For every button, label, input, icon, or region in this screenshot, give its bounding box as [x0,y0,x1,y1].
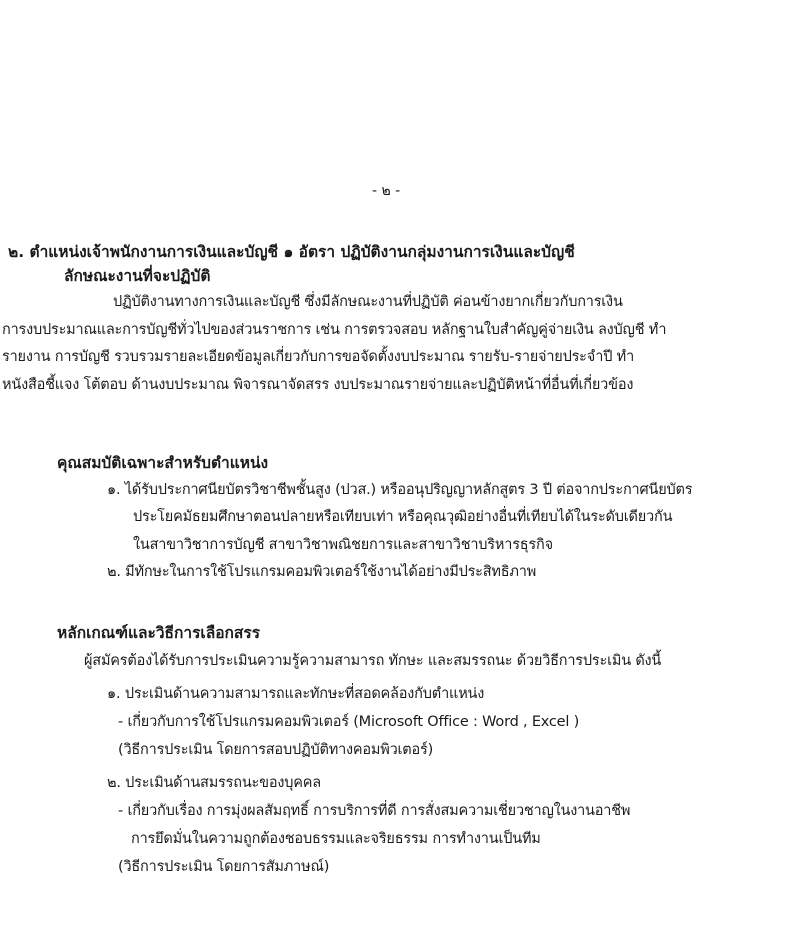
selection-item-method: (วิธีการประเมิน โดยการสอบปฏิบัติทางคอมพิ… [118,740,433,760]
duties-line: การงบประมาณและการบัญชีทั่วไปของส่วนราชกา… [2,320,666,340]
selection-item-title: ๒. ประเมินด้านสมรรถนะของบุคคล [107,773,321,793]
selection-item-detail: การยึดมั่นในความถูกต้องชอบธรรมและจริยธรร… [131,829,541,849]
qualifications-heading: คุณสมบัติเฉพาะสำหรับตำแหน่ง [57,453,268,473]
qualification-item-cont: ในสาขาวิชาการบัญชี สาขาวิชาพณิชยการและสา… [133,535,553,555]
duties-heading: ลักษณะงานที่จะปฏิบัติ [64,266,210,286]
qualification-item: ๒. มีทักษะในการใช้โปรแกรมคอมพิวเตอร์ใช้ง… [107,562,536,582]
selection-item-method: (วิธีการประเมิน โดยการสัมภาษณ์) [118,857,329,877]
duties-line: หนังสือชี้แจง โต้ตอบ ด้านงบประมาณ พิจารณ… [2,375,633,395]
duties-line: รายงาน การบัญชี รวบรวมรายละเอียดข้อมูลเก… [2,347,634,367]
qualification-item-cont: ประโยคมัธยมศึกษาตอนปลายหรือเทียบเท่า หรื… [133,507,672,527]
qualification-item: ๑. ได้รับประกาศนียบัตรวิชาชีพชั้นสูง (ปว… [107,480,692,500]
selection-item-detail: - เกี่ยวกับการใช้โปรแกรมคอมพิวเตอร์ (Mic… [118,712,579,732]
selection-item-detail: - เกี่ยวกับเรื่อง การมุ่งผลสัมฤทธิ์ การบ… [118,801,630,821]
selection-heading: หลักเกณฑ์และวิธีการเลือกสรร [57,623,260,643]
selection-item-title: ๑. ประเมินด้านความสามารถและทักษะที่สอดคล… [107,684,484,704]
section-heading: ๒. ตำแหน่งเจ้าพนักงานการเงินและบัญชี ๑ อ… [8,242,575,262]
duties-line: ปฏิบัติงานทางการเงินและบัญชี ซึ่งมีลักษณ… [113,292,623,312]
selection-intro: ผู้สมัครต้องได้รับการประเมินความรู้ความส… [84,651,661,671]
page-number: - ๒ - [372,181,400,201]
